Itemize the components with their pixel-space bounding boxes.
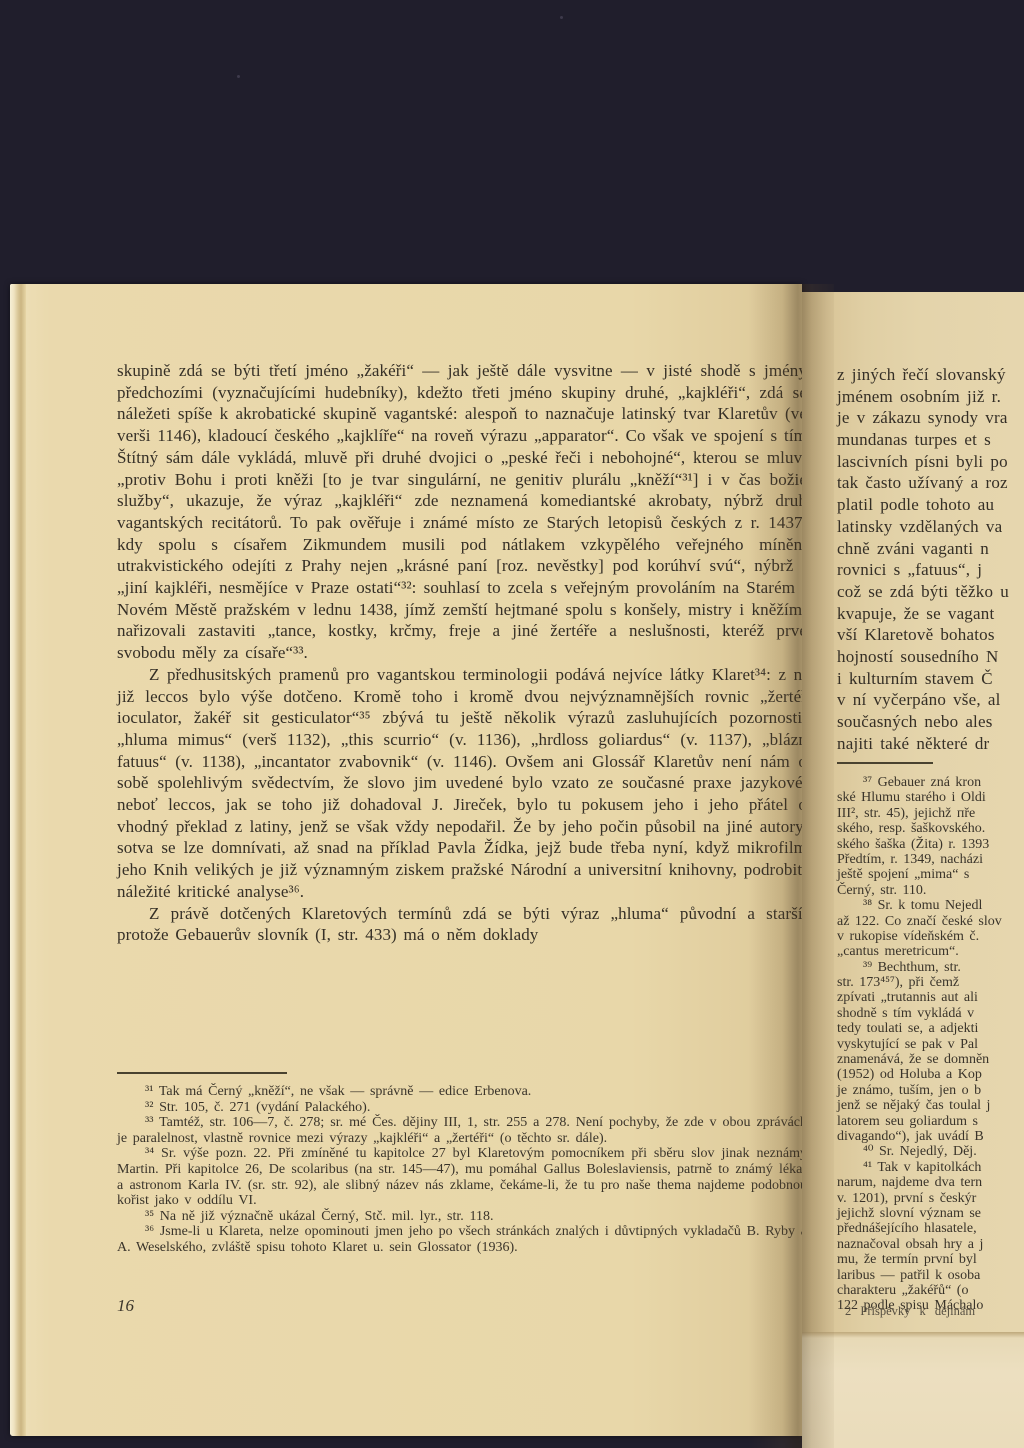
footnote-line: mu, že termín první byl <box>837 1252 1002 1267</box>
text-line: což se zdá býti těžko u <box>837 581 1009 603</box>
footnote-line: tedy toulati se, a adjekti <box>837 1021 1002 1036</box>
paragraph: skupině zdá se býti třetí jméno „žakéři“… <box>117 360 807 664</box>
footnote-line: Předtím, r. 1349, nacházi <box>837 852 1002 867</box>
footnote-line: ského, resp. šaškovského. <box>837 821 1002 836</box>
footnote-line: vyskytující se pak v Pal <box>837 1037 1002 1052</box>
text-line: kvapuje, že se vagant <box>837 603 1009 625</box>
footnote-line: ské Hlumu starého i Oldi <box>837 790 1002 805</box>
footnote-line: ³⁸ Sr. k tomu Nejedl <box>837 898 1002 913</box>
footnote-line: znamenává, že se domněn <box>837 1052 1002 1067</box>
printer-signature: 2 Příspěvky k dějinám <box>845 1304 975 1319</box>
text-line: hojností sousedního N <box>837 646 1009 668</box>
text-line: tak často užívaný a roz <box>837 472 1009 494</box>
paragraph: Z právě dotčených Klaretových termínů zd… <box>117 903 807 946</box>
footnote-line: ského šaška (Žita) r. 1393 <box>837 837 1002 852</box>
underlying-page-edge <box>802 1332 1024 1448</box>
left-page-body-text: skupině zdá se býti třetí jméno „žakéři“… <box>117 360 807 946</box>
right-page-footnotes: ³⁷ Gebauer zná kronské Hlumu starého i O… <box>837 775 1002 1314</box>
footnote: ³⁴ Sr. výše pozn. 22. Při zmíněné tu kap… <box>117 1146 807 1208</box>
text-line: současných nebo ales <box>837 711 1009 733</box>
footnote-line: je známo, tuším, jen o b <box>837 1083 1002 1098</box>
footnote: ³⁵ Na ně již význačně ukázal Černý, Stč.… <box>117 1209 807 1225</box>
footnote-line: ještě spojení „mima“ s <box>837 867 1002 882</box>
text-line: platil podle tohoto au <box>837 494 1009 516</box>
footnote: ³³ Tamtéž, str. 106—7, č. 278; sr. mé Če… <box>117 1115 807 1146</box>
text-line: chně zváni vaganti n <box>837 538 1009 560</box>
text-line: mundanas turpes et s <box>837 429 1009 451</box>
footnote-line: divagando“), jak uvádí B <box>837 1129 1002 1144</box>
footnote-line: jejichž slovní význam se <box>837 1206 1002 1221</box>
dust-speck <box>560 16 563 19</box>
footnote-line: v rukopise vídeňském č. <box>837 929 1002 944</box>
footnote-line: Černý, str. 110. <box>837 883 1002 898</box>
footnote-line: naznačoval obsah hry a j <box>837 1237 1002 1252</box>
footnote-line: narum, najdeme dva tern <box>837 1175 1002 1190</box>
footnote-line: jenž se nějaký čas toulal j <box>837 1098 1002 1113</box>
text-line: i kulturním stavem Č <box>837 668 1009 690</box>
footnote-line: III², str. 45), jejichž пře <box>837 806 1002 821</box>
text-line: najiti také některé dr <box>837 733 1009 755</box>
text-line: z jiných řečí slovanský <box>837 364 1009 386</box>
right-page-body-text: z jiných řečí slovanskýjménem osobním ji… <box>837 364 1009 754</box>
footnote-line: (1952) od Holuba a Kop <box>837 1067 1002 1082</box>
text-line: v ní vyčerpáno vše, al <box>837 689 1009 711</box>
footnote-line: zpívati „trutannis aut ali <box>837 990 1002 1005</box>
text-line: lascivních písni byli po <box>837 451 1009 473</box>
text-line: latinsky vzdělaných va <box>837 516 1009 538</box>
footnote: ³¹ Tak má Černý „kněží“, ne však — správ… <box>117 1084 807 1100</box>
text-line: je v zákazu synody vra <box>837 407 1009 429</box>
footnote: ³⁶ Jsme-li u Klareta, nelze opominouti j… <box>117 1224 807 1255</box>
footnote-line: latorem seu goliardum s <box>837 1114 1002 1129</box>
text-line: vší Klaretově bohatos <box>837 624 1009 646</box>
text-line: jménem osobním již r. <box>837 386 1009 408</box>
page-edge-strips <box>10 284 26 1436</box>
left-page-footnotes: ³¹ Tak má Černý „kněží“, ne však — správ… <box>117 1084 807 1256</box>
footnote-line: ³⁷ Gebauer zná kron <box>837 775 1002 790</box>
footnote-separator-rule <box>117 1072 287 1074</box>
footnote-line: přednášejícího hlasatele, <box>837 1221 1002 1236</box>
footnote-line: ⁴⁰ Sr. Nejedlý, Děj. <box>837 1144 1002 1159</box>
footnote-line: laribus — patřil k osoba <box>837 1268 1002 1283</box>
left-page: skupině zdá se býti třetí jméno „žakéři“… <box>10 284 802 1436</box>
footnote-line: charakteru „žakéřů“ (o <box>837 1283 1002 1298</box>
footnote-line: ⁴¹ Tak v kapitolkách <box>837 1160 1002 1175</box>
footnote-line: str. 173⁴⁵⁷), při čemž <box>837 975 1002 990</box>
footnote-line: ³⁹ Bechthum, str. <box>837 960 1002 975</box>
footnote-line: shodně s tím vykládá v <box>837 1006 1002 1021</box>
text-line: rovnici s „fatuus“, j <box>837 559 1009 581</box>
footnote-separator-rule <box>837 762 933 764</box>
footnote-line: až 122. Co značí české slov <box>837 914 1002 929</box>
scanned-book-photo: { "meta": { "background_color": "#201e2c… <box>0 0 1024 1448</box>
footnote-line: „cantus meretricum“. <box>837 944 1002 959</box>
right-page: z jiných řečí slovanskýjménem osobním ji… <box>802 292 1024 1448</box>
paragraph: Z předhusitských pramenů pro vagantskou … <box>117 664 807 903</box>
dust-speck <box>237 75 240 78</box>
page-number: 16 <box>117 1296 134 1316</box>
footnote: ³² Str. 105, č. 271 (vydání Palackého). <box>117 1100 807 1116</box>
footnote-line: v. 1201), první s českýr <box>837 1191 1002 1206</box>
